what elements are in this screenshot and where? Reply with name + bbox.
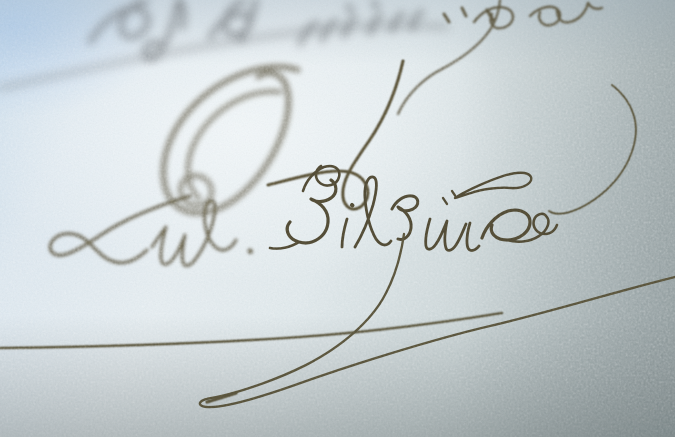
- vignette-overlay: [0, 0, 675, 437]
- photo-stage: Close-up of an antique handwritten signa…: [0, 0, 675, 437]
